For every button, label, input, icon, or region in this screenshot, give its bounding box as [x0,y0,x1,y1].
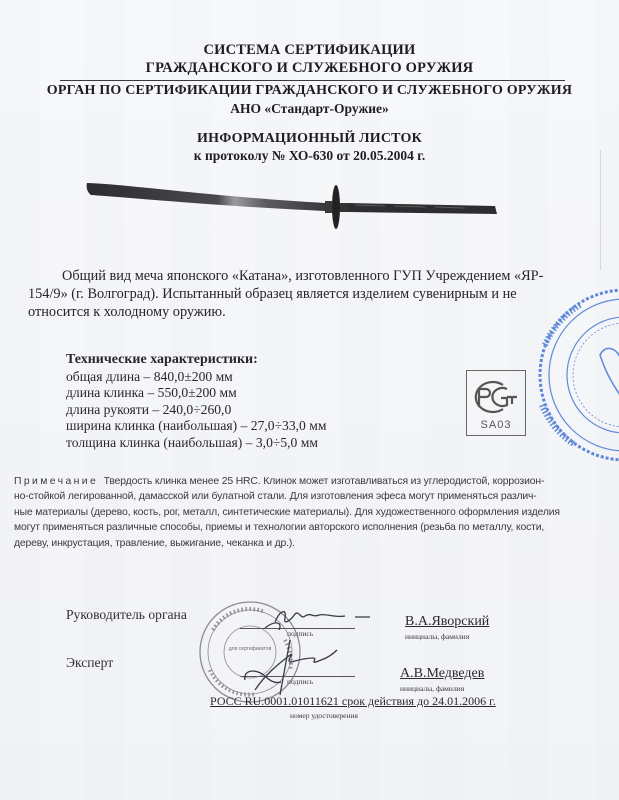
document-title: ИНФОРМАЦИОННЫЙ ЛИСТОК [0,131,619,147]
document-page: СИСТЕМА СЕРТИФИКАЦИИ ГРАЖДАНСКОГО И СЛУЖ… [0,0,619,800]
organization-round-stamp-icon: для сертификатов [195,600,375,705]
spec-item: длина рукояти – 240,0÷260,0 [66,402,326,419]
header-line-2: ГРАЖДАНСКОГО И СЛУЖЕБНОГО ОРУЖИЯ [0,60,619,77]
faint-margin-stamp [600,150,613,270]
note-line: могут применяться различные способы, при… [14,520,614,535]
specs-heading: Технические характеристики: [66,352,326,369]
spec-item: общая длина – 840,0±200 мм [66,369,326,386]
spec-item: толщина клинка (наибольшая) – 3,0÷5,0 мм [66,435,326,452]
expert-name-caption: инициалы, фамилия [400,684,464,693]
official-seal-stamp-icon [520,285,619,465]
description-line-3: относится к холодному оружию. [28,303,226,322]
header-divider [60,80,565,81]
rst-conformity-mark-icon: SA03 [466,370,526,436]
note-label: Примечание [14,476,98,487]
head-name-caption: инициалы, фамилия [405,632,469,641]
head-name: В.А.Яворский [405,614,489,630]
note-line: но-стойкой легированной, дамасской или б… [14,489,614,504]
certificate-number: РОСС RU.0001.01011621 срок действия до 2… [210,694,496,709]
header-line-1: СИСТЕМА СЕРТИФИКАЦИИ [0,42,619,59]
expert-name: А.В.Медведев [400,666,484,682]
expert-label: Эксперт [66,655,113,671]
note-line: Твердость клинка менее 25 HRC. Клинок мо… [104,476,545,487]
mark-code: SA03 [467,419,525,431]
note-line: ные материалы (дерево, кость, рог, метал… [14,505,614,520]
spec-item: длина клинка – 550,0±200 мм [66,385,326,402]
head-label: Руководитель органа [66,607,187,623]
note-block: Примечание Твердость клинка менее 25 HRC… [14,474,614,551]
header-line-3: ОРГАН ПО СЕРТИФИКАЦИИ ГРАЖДАНСКОГО И СЛУ… [0,83,619,99]
spec-item: ширина клинка (наибольшая) – 27,0÷33,0 м… [66,418,326,435]
description-line-1: Общий вид меча японского «Катана», изгот… [62,267,543,286]
header-line-4: АНО «Стандарт-Оружие» [0,101,619,117]
specs-block: Технические характеристики: общая длина … [66,352,326,452]
document-subtitle: к протоколу № ХО-630 от 20.05.2004 г. [0,148,619,164]
note-line: дереву, инкрустация, травление, выжигани… [14,536,614,551]
round-stamp-center-text: для сертификатов [229,646,272,652]
katana-sword-photo-icon [85,170,505,245]
description-line-2: 154/9» (г. Волгоград). Испытанный образе… [28,285,517,304]
certificate-caption: номер удостоверения [290,711,358,720]
